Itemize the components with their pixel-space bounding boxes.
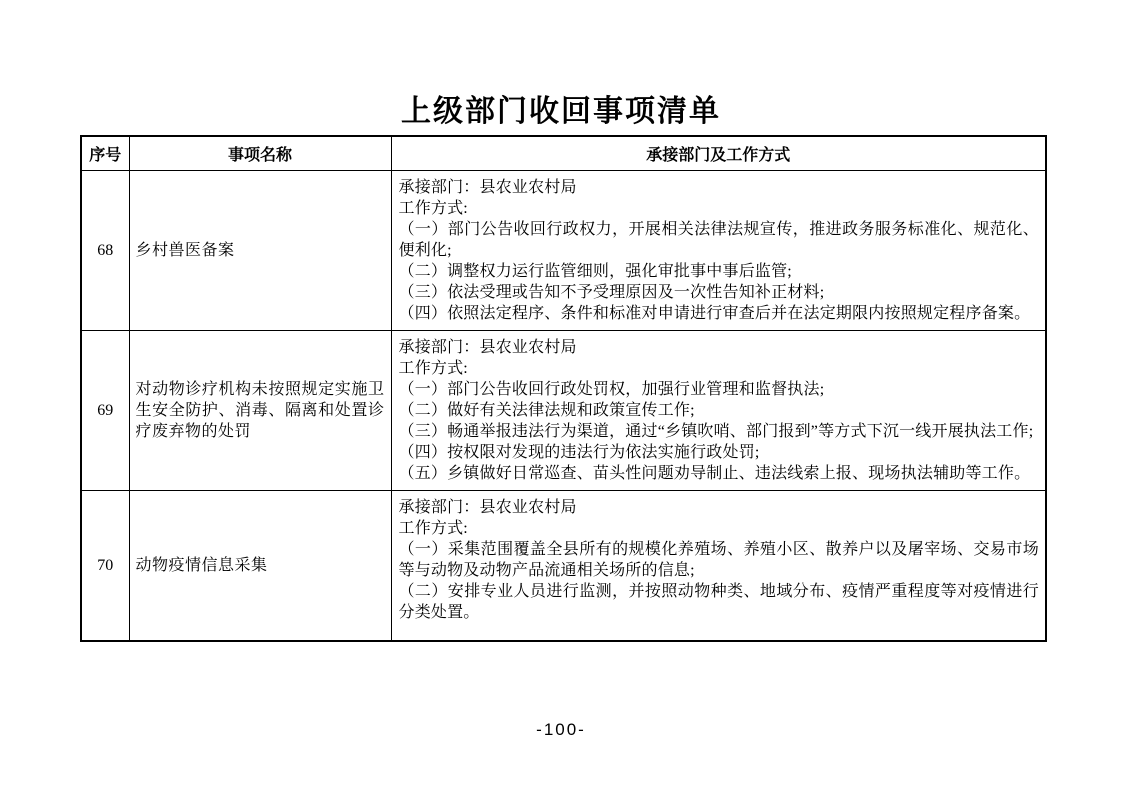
items-table: 序号 事项名称 承接部门及工作方式 68 乡村兽医备案 承接部门：县农业农村局工… — [80, 135, 1047, 642]
header-serial-number: 序号 — [81, 136, 129, 170]
detail-line: （三）畅通举报违法行为渠道，通过“乡镇吹哨、部门报到”等方式下沉一线开展执法工作… — [399, 421, 1040, 442]
detail-line: 承接部门：县农业农村局 — [399, 337, 1040, 358]
detail-line: （二）安排专业人员进行监测，并按照动物种类、地域分布、疫情严重程度等对疫情进行分… — [399, 581, 1040, 623]
detail-line: 工作方式: — [399, 518, 1040, 539]
detail-line: （二）调整权力运行监管细则，强化审批事中事后监管; — [399, 261, 1040, 282]
detail-line: （四）按权限对发现的违法行为依法实施行政处罚; — [399, 442, 1040, 463]
table-row-69: 69 对动物诊疗机构未按照规定实施卫生安全防护、消毒、隔离和处置诊疗废弃物的处罚… — [81, 330, 1046, 490]
item-name: 乡村兽医备案 — [129, 170, 391, 330]
serial-number: 68 — [81, 170, 129, 330]
item-name: 动物疫情信息采集 — [129, 490, 391, 641]
detail-line: 承接部门：县农业农村局 — [399, 177, 1040, 198]
header-department-and-method: 承接部门及工作方式 — [391, 136, 1046, 170]
table-header-row: 序号 事项名称 承接部门及工作方式 — [81, 136, 1046, 170]
detail-line: （一）采集范围覆盖全县所有的规模化养殖场、养殖小区、散养户以及屠宰场、交易市场等… — [399, 539, 1040, 581]
table-row-68: 68 乡村兽医备案 承接部门：县农业农村局工作方式:（一）部门公告收回行政权力，… — [81, 170, 1046, 330]
detail-line: （一）部门公告收回行政权力，开展相关法律法规宣传，推进政务服务标准化、规范化、便… — [399, 219, 1040, 261]
page-number: -100- — [0, 720, 1122, 740]
detail-line: 工作方式: — [399, 358, 1040, 379]
detail-line: （五）乡镇做好日常巡查、苗头性问题劝导制止、违法线索上报、现场执法辅助等工作。 — [399, 463, 1040, 484]
serial-number: 70 — [81, 490, 129, 641]
department-and-method: 承接部门：县农业农村局工作方式:（一）部门公告收回行政处罚权，加强行业管理和监督… — [391, 330, 1046, 490]
page-title: 上级部门收回事项清单 — [0, 86, 1122, 130]
detail-line: 工作方式: — [399, 198, 1040, 219]
header-item-name: 事项名称 — [129, 136, 391, 170]
document-page: 上级部门收回事项清单 序号 事项名称 承接部门及工作方式 68 乡村兽医备案 承… — [0, 0, 1122, 793]
serial-number: 69 — [81, 330, 129, 490]
detail-line: 承接部门：县农业农村局 — [399, 497, 1040, 518]
detail-line: （一）部门公告收回行政处罚权，加强行业管理和监督执法; — [399, 379, 1040, 400]
detail-line: （二）做好有关法律法规和政策宣传工作; — [399, 400, 1040, 421]
department-and-method: 承接部门：县农业农村局工作方式:（一）采集范围覆盖全县所有的规模化养殖场、养殖小… — [391, 490, 1046, 641]
table-row-70: 70 动物疫情信息采集 承接部门：县农业农村局工作方式:（一）采集范围覆盖全县所… — [81, 490, 1046, 641]
detail-line: （四）依照法定程序、条件和标准对申请进行审查后并在法定期限内按照规定程序备案。 — [399, 303, 1040, 324]
detail-line: （三）依法受理或告知不予受理原因及一次性告知补正材料; — [399, 282, 1040, 303]
department-and-method: 承接部门：县农业农村局工作方式:（一）部门公告收回行政权力，开展相关法律法规宣传… — [391, 170, 1046, 330]
item-name: 对动物诊疗机构未按照规定实施卫生安全防护、消毒、隔离和处置诊疗废弃物的处罚 — [129, 330, 391, 490]
